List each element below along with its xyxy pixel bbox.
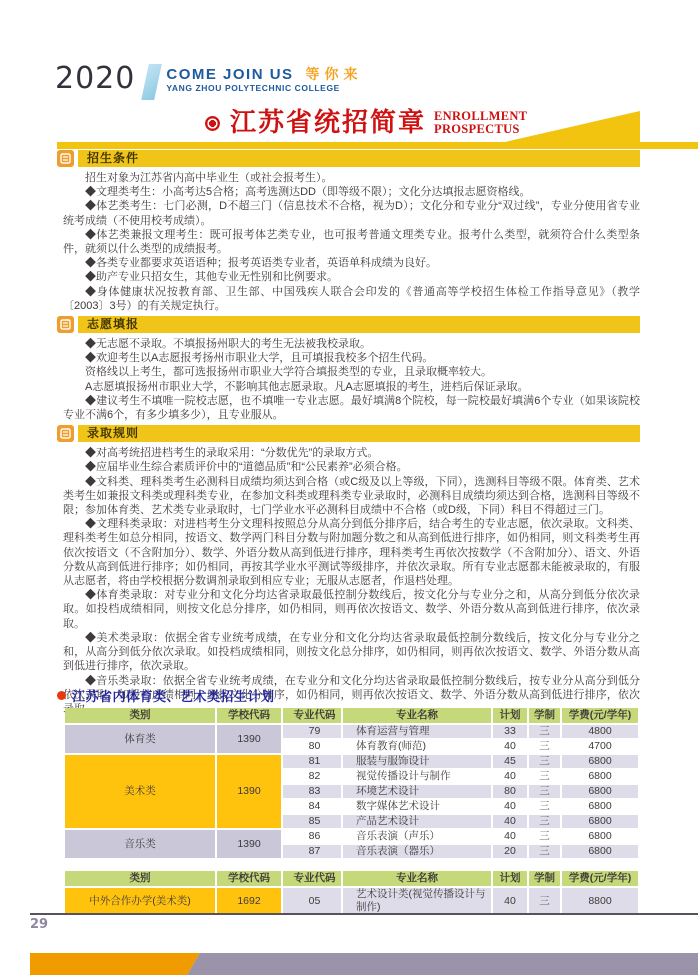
paragraph: ◆体艺类考生：七门必测，D不超三门（信息技术不合格，视为D）；文化分和专业分“双…	[63, 199, 640, 227]
years-cell: 三	[529, 888, 560, 914]
masthead: 2020 COME JOIN US等你来 YANG ZHOU POLYTECHN…	[55, 62, 363, 100]
column-header: 学制	[529, 871, 560, 886]
major-code-cell: 85	[283, 815, 341, 828]
table-row: 美术类139081服装与服饰设计45三6800	[65, 755, 638, 768]
fee-cell: 6800	[562, 830, 638, 843]
section-header: 志愿填报	[57, 316, 640, 333]
school-code-cell: 1390	[217, 725, 281, 753]
slogan-line: COME JOIN US等你来	[166, 66, 362, 83]
title-banner: 江苏省统招简章 ENROLLMENT PROSPECTUS	[0, 104, 698, 150]
major-name-cell: 产品艺术设计	[343, 815, 491, 828]
year-label: 2020	[55, 62, 135, 96]
years-cell: 三	[529, 740, 560, 753]
section-1: 招生条件招生对象为江苏省内高中毕业生（或社会报考生）。◆文理类考生：小高考达5合…	[57, 150, 640, 313]
major-name-cell: 数字媒体艺术设计	[343, 800, 491, 813]
table-header-row: 类别学校代码专业代码专业名称计划学制学费(元/学年)	[65, 708, 638, 723]
major-code-cell: 86	[283, 830, 341, 843]
page-title: 江苏省统招简章	[230, 108, 426, 138]
plan-heading: 江苏省内体育类、艺术类招生计划	[57, 686, 275, 705]
major-name-cell: 视觉传播设计与制作	[343, 770, 491, 783]
plan-count-cell: 80	[493, 785, 527, 798]
column-header: 类别	[65, 871, 215, 886]
page-title-en: ENROLLMENT PROSPECTUS	[434, 110, 527, 136]
plan-count-cell: 20	[493, 845, 527, 858]
major-code-cell: 82	[283, 770, 341, 783]
paragraph: ◆无志愿不录取。不填报扬州职大的考生无法被我校录取。	[63, 337, 640, 351]
plan-count-cell: 40	[493, 740, 527, 753]
fee-cell: 6800	[562, 785, 638, 798]
major-code-cell: 05	[283, 888, 341, 914]
column-header: 专业代码	[283, 708, 341, 723]
years-cell: 三	[529, 755, 560, 768]
fee-cell: 6800	[562, 800, 638, 813]
column-header: 计划	[493, 708, 527, 723]
column-header: 类别	[65, 708, 215, 723]
column-header: 专业名称	[343, 708, 491, 723]
paragraph: ◆应届毕业生综合素质评价中的“道德品质”和“公民素养”必须合格。	[63, 460, 640, 474]
plan-count-cell: 45	[493, 755, 527, 768]
plan-count-cell: 40	[493, 888, 527, 914]
major-name-cell: 体育运营与管理	[343, 725, 491, 738]
fee-cell: 4700	[562, 740, 638, 753]
paragraph: ◆文理科类录取：对进档考生分文理科按照总分从高分到低分排序后，结合考生的专业志愿…	[63, 517, 640, 588]
category-cell: 中外合作办学(美术类)	[65, 888, 215, 914]
footer-bar-graphic	[0, 953, 698, 975]
paragraph: ◆建议考生不填唯一院校志愿，也不填唯一专业志愿。最好填满8个院校，每一院校最好填…	[63, 394, 640, 422]
divider-bar-icon	[142, 64, 163, 100]
college-name: YANG ZHOU POLYTECHNIC COLLEGE	[166, 83, 362, 94]
fee-cell: 8800	[562, 888, 638, 914]
years-cell: 三	[529, 815, 560, 828]
column-header: 学费(元/学年)	[562, 708, 638, 723]
major-code-cell: 79	[283, 725, 341, 738]
section-body: ◆无志愿不录取。不填报扬州职大的考生无法被我校录取。◆欢迎考生以A志愿报考扬州市…	[63, 337, 640, 422]
college-slogans: COME JOIN US等你来 YANG ZHOU POLYTECHNIC CO…	[166, 62, 362, 94]
years-cell: 三	[529, 725, 560, 738]
document-icon	[57, 425, 74, 442]
major-code-cell: 84	[283, 800, 341, 813]
document-icon	[57, 316, 74, 333]
section-header: 录取规则	[57, 425, 640, 442]
years-cell: 三	[529, 770, 560, 783]
column-header: 计划	[493, 871, 527, 886]
page-number: 29	[30, 917, 48, 932]
years-cell: 三	[529, 800, 560, 813]
paragraph: 招生对象为江苏省内高中毕业生（或社会报考生）。	[63, 171, 640, 185]
sections-container: 招生条件招生对象为江苏省内高中毕业生（或社会报考生）。◆文理类考生：小高考达5合…	[0, 150, 698, 719]
sino-foreign-table: 类别学校代码专业代码专业名称计划学制学费(元/学年)中外合作办学(美术类)169…	[63, 869, 640, 916]
paragraph: ◆对高考统招进档考生的录取采用：“分数优先”的录取方式。	[63, 446, 640, 460]
school-code-cell: 1692	[217, 888, 281, 914]
major-name-cell: 环境艺术设计	[343, 785, 491, 798]
column-header: 学费(元/学年)	[562, 871, 638, 886]
major-name-cell: 音乐表演（声乐）	[343, 830, 491, 843]
plan-count-cell: 40	[493, 800, 527, 813]
column-header: 学制	[529, 708, 560, 723]
section-title: 录取规则	[78, 425, 640, 442]
table-row: 中外合作办学(美术类)169205艺术设计类(视觉传播设计与制作)40三8800	[65, 888, 638, 914]
section-body: ◆对高考统招进档考生的录取采用：“分数优先”的录取方式。◆应届毕业生综合素质评价…	[63, 446, 640, 716]
prospectus-page: 2020 COME JOIN US等你来 YANG ZHOU POLYTECHN…	[0, 0, 698, 975]
banner-title-row: 江苏省统招简章 ENROLLMENT PROSPECTUS	[205, 108, 527, 138]
plan-heading-label: 江苏省内体育类、艺术类招生计划	[72, 686, 275, 705]
table-row: 体育类139079体育运营与管理33三4800	[65, 725, 638, 738]
fee-cell: 6800	[562, 770, 638, 783]
plan-count-cell: 40	[493, 830, 527, 843]
paragraph: ◆文理类考生：小高考达5合格；高考选测达DD（即等级不限）；文化分达填报志愿资格…	[63, 185, 640, 199]
paragraph: ◆助产专业只招女生，其他专业无性别和比例要求。	[63, 270, 640, 284]
table-header-row: 类别学校代码专业代码专业名称计划学制学费(元/学年)	[65, 871, 638, 886]
major-name-cell: 音乐表演（器乐）	[343, 845, 491, 858]
fee-cell: 6800	[562, 755, 638, 768]
category-cell: 美术类	[65, 755, 215, 828]
major-name-cell: 艺术设计类(视觉传播设计与制作)	[343, 888, 491, 914]
major-name-cell: 体育教育(师范)	[343, 740, 491, 753]
major-code-cell: 80	[283, 740, 341, 753]
years-cell: 三	[529, 845, 560, 858]
school-code-cell: 1390	[217, 755, 281, 828]
fee-cell: 6800	[562, 815, 638, 828]
section-title: 招生条件	[78, 150, 640, 167]
column-header: 专业代码	[283, 871, 341, 886]
major-code-cell: 81	[283, 755, 341, 768]
enrollment-plan-table: 类别学校代码专业代码专业名称计划学制学费(元/学年)体育类139079体育运营与…	[63, 706, 640, 860]
table-row: 音乐类139086音乐表演（声乐）40三6800	[65, 830, 638, 843]
paragraph: A志愿填报扬州市职业大学，不影响其他志愿录取。凡A志愿填报的考生，进档后保证录取…	[63, 380, 640, 394]
school-code-cell: 1390	[217, 830, 281, 858]
section-header: 招生条件	[57, 150, 640, 167]
major-code-cell: 87	[283, 845, 341, 858]
plan-count-cell: 33	[493, 725, 527, 738]
plan-count-cell: 40	[493, 815, 527, 828]
years-cell: 三	[529, 830, 560, 843]
column-header: 专业名称	[343, 871, 491, 886]
document-icon	[57, 150, 74, 167]
section-3: 录取规则◆对高考统招进档考生的录取采用：“分数优先”的录取方式。◆应届毕业生综合…	[57, 425, 640, 716]
section-title: 志愿填报	[78, 316, 640, 333]
category-cell: 体育类	[65, 725, 215, 753]
section-body: 招生对象为江苏省内高中毕业生（或社会报考生）。◆文理类考生：小高考达5合格；高考…	[63, 171, 640, 313]
category-cell: 音乐类	[65, 830, 215, 858]
major-name-cell: 服装与服饰设计	[343, 755, 491, 768]
paragraph: ◆美术类录取：依据全省专业统考成绩，在专业分和文化分均达省录取最低控制分数线后，…	[63, 631, 640, 674]
paragraph: ◆文科类、理科类考生必测科目成绩均须达到合格（或C级及以上等级，下同），选测科目…	[63, 475, 640, 518]
section-2: 志愿填报◆无志愿不录取。不填报扬州职大的考生无法被我校录取。◆欢迎考生以A志愿报…	[57, 316, 640, 422]
paragraph: 资格线以上考生，都可选报扬州市职业大学符合填报类型的专业，且录取概率较大。	[63, 365, 640, 379]
slogan-en: COME JOIN US	[166, 66, 293, 83]
fee-cell: 4800	[562, 725, 638, 738]
paragraph: ◆体艺类兼报文理考生：既可报考体艺类专业，也可报考普通文理类专业。报考什么类型，…	[63, 228, 640, 256]
footer-rule	[30, 913, 698, 915]
paragraph: ◆体育类录取：对专业分和文化分均达省录取最低控制分数线后，按文化分与专业分之和，…	[63, 588, 640, 631]
plan-count-cell: 40	[493, 770, 527, 783]
column-header: 学校代码	[217, 871, 281, 886]
major-code-cell: 83	[283, 785, 341, 798]
years-cell: 三	[529, 785, 560, 798]
slogan-cn: 等你来	[306, 66, 363, 82]
red-dot-icon	[57, 691, 66, 700]
paragraph: ◆身体健康状况按教育部、卫生部、中国残疾人联合会印发的《普通高等学校招生体检工作…	[63, 285, 640, 313]
fee-cell: 6800	[562, 845, 638, 858]
paragraph: ◆欢迎考生以A志愿报考扬州市职业大学，且可填报我校多个招生代码。	[63, 351, 640, 365]
column-header: 学校代码	[217, 708, 281, 723]
paragraph: ◆各类专业都要求英语语种；报考英语类专业者，英语单科成绩为良好。	[63, 256, 640, 270]
red-ring-icon	[205, 116, 220, 131]
